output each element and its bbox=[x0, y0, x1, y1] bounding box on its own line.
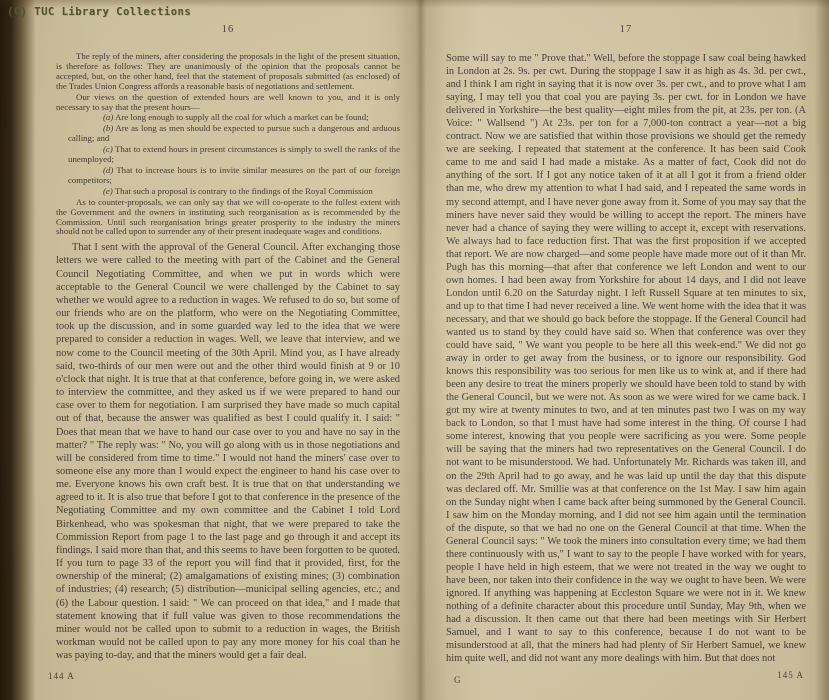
page-edge-shadow-left bbox=[0, 0, 36, 700]
list-item-text: That to increase hours is to invite simi… bbox=[68, 165, 400, 185]
list-item-label: (d) bbox=[103, 165, 113, 175]
main-paragraph: That I sent with the approval of the Gen… bbox=[56, 241, 400, 662]
quote-paragraph: Our views on the question of extended ho… bbox=[56, 93, 400, 113]
quote-paragraph: The reply of the miners, after consideri… bbox=[56, 52, 400, 92]
list-item-label: (c) bbox=[103, 144, 113, 154]
list-item-a: (a) Are long enough to supply all the co… bbox=[68, 113, 400, 123]
list-item-c: (c) That to extend hours in present circ… bbox=[68, 145, 400, 165]
list-item-d: (d) That to increase hours is to invite … bbox=[68, 166, 400, 186]
list-item-text: Are as long as men should be expected to… bbox=[68, 123, 400, 143]
folio-number: 145 A bbox=[777, 670, 804, 685]
page-footer-left: 144 A bbox=[48, 671, 400, 681]
list-item-text: Are long enough to supply all the coal f… bbox=[115, 112, 369, 122]
list-item-label: (a) bbox=[103, 112, 113, 122]
list-item-text: That such a proposal is contrary to the … bbox=[115, 186, 373, 196]
list-item-text: That to extend hours in present circumst… bbox=[68, 144, 400, 164]
page-number-left: 16 bbox=[56, 24, 400, 35]
page-left: 16 The reply of the miners, after consid… bbox=[56, 24, 400, 681]
quote-paragraph: As to counter-proposals, we can only say… bbox=[56, 198, 400, 238]
page-footer-right: G 145 A bbox=[446, 670, 806, 685]
body-paragraph: Some will say to me " Prove that." Well,… bbox=[446, 52, 806, 665]
spine-gutter-shadow bbox=[394, 0, 446, 700]
list-item-label: (e) bbox=[103, 186, 113, 196]
book-spread: (C) TUC Library Collections 16 The reply… bbox=[0, 0, 829, 700]
list-item-e: (e) That such a proposal is contrary to … bbox=[68, 187, 400, 197]
signature-mark: G bbox=[454, 670, 462, 685]
watermark: (C) TUC Library Collections bbox=[7, 6, 191, 18]
page-right: 17 Some will say to me " Prove that." We… bbox=[446, 24, 806, 685]
page-edge-shadow-right bbox=[815, 0, 829, 700]
list-item-label: (b) bbox=[103, 123, 113, 133]
page-number-right: 17 bbox=[446, 24, 806, 35]
quoted-letter-block: The reply of the miners, after consideri… bbox=[56, 52, 400, 237]
list-item-b: (b) Are as long as men should be expecte… bbox=[68, 124, 400, 144]
